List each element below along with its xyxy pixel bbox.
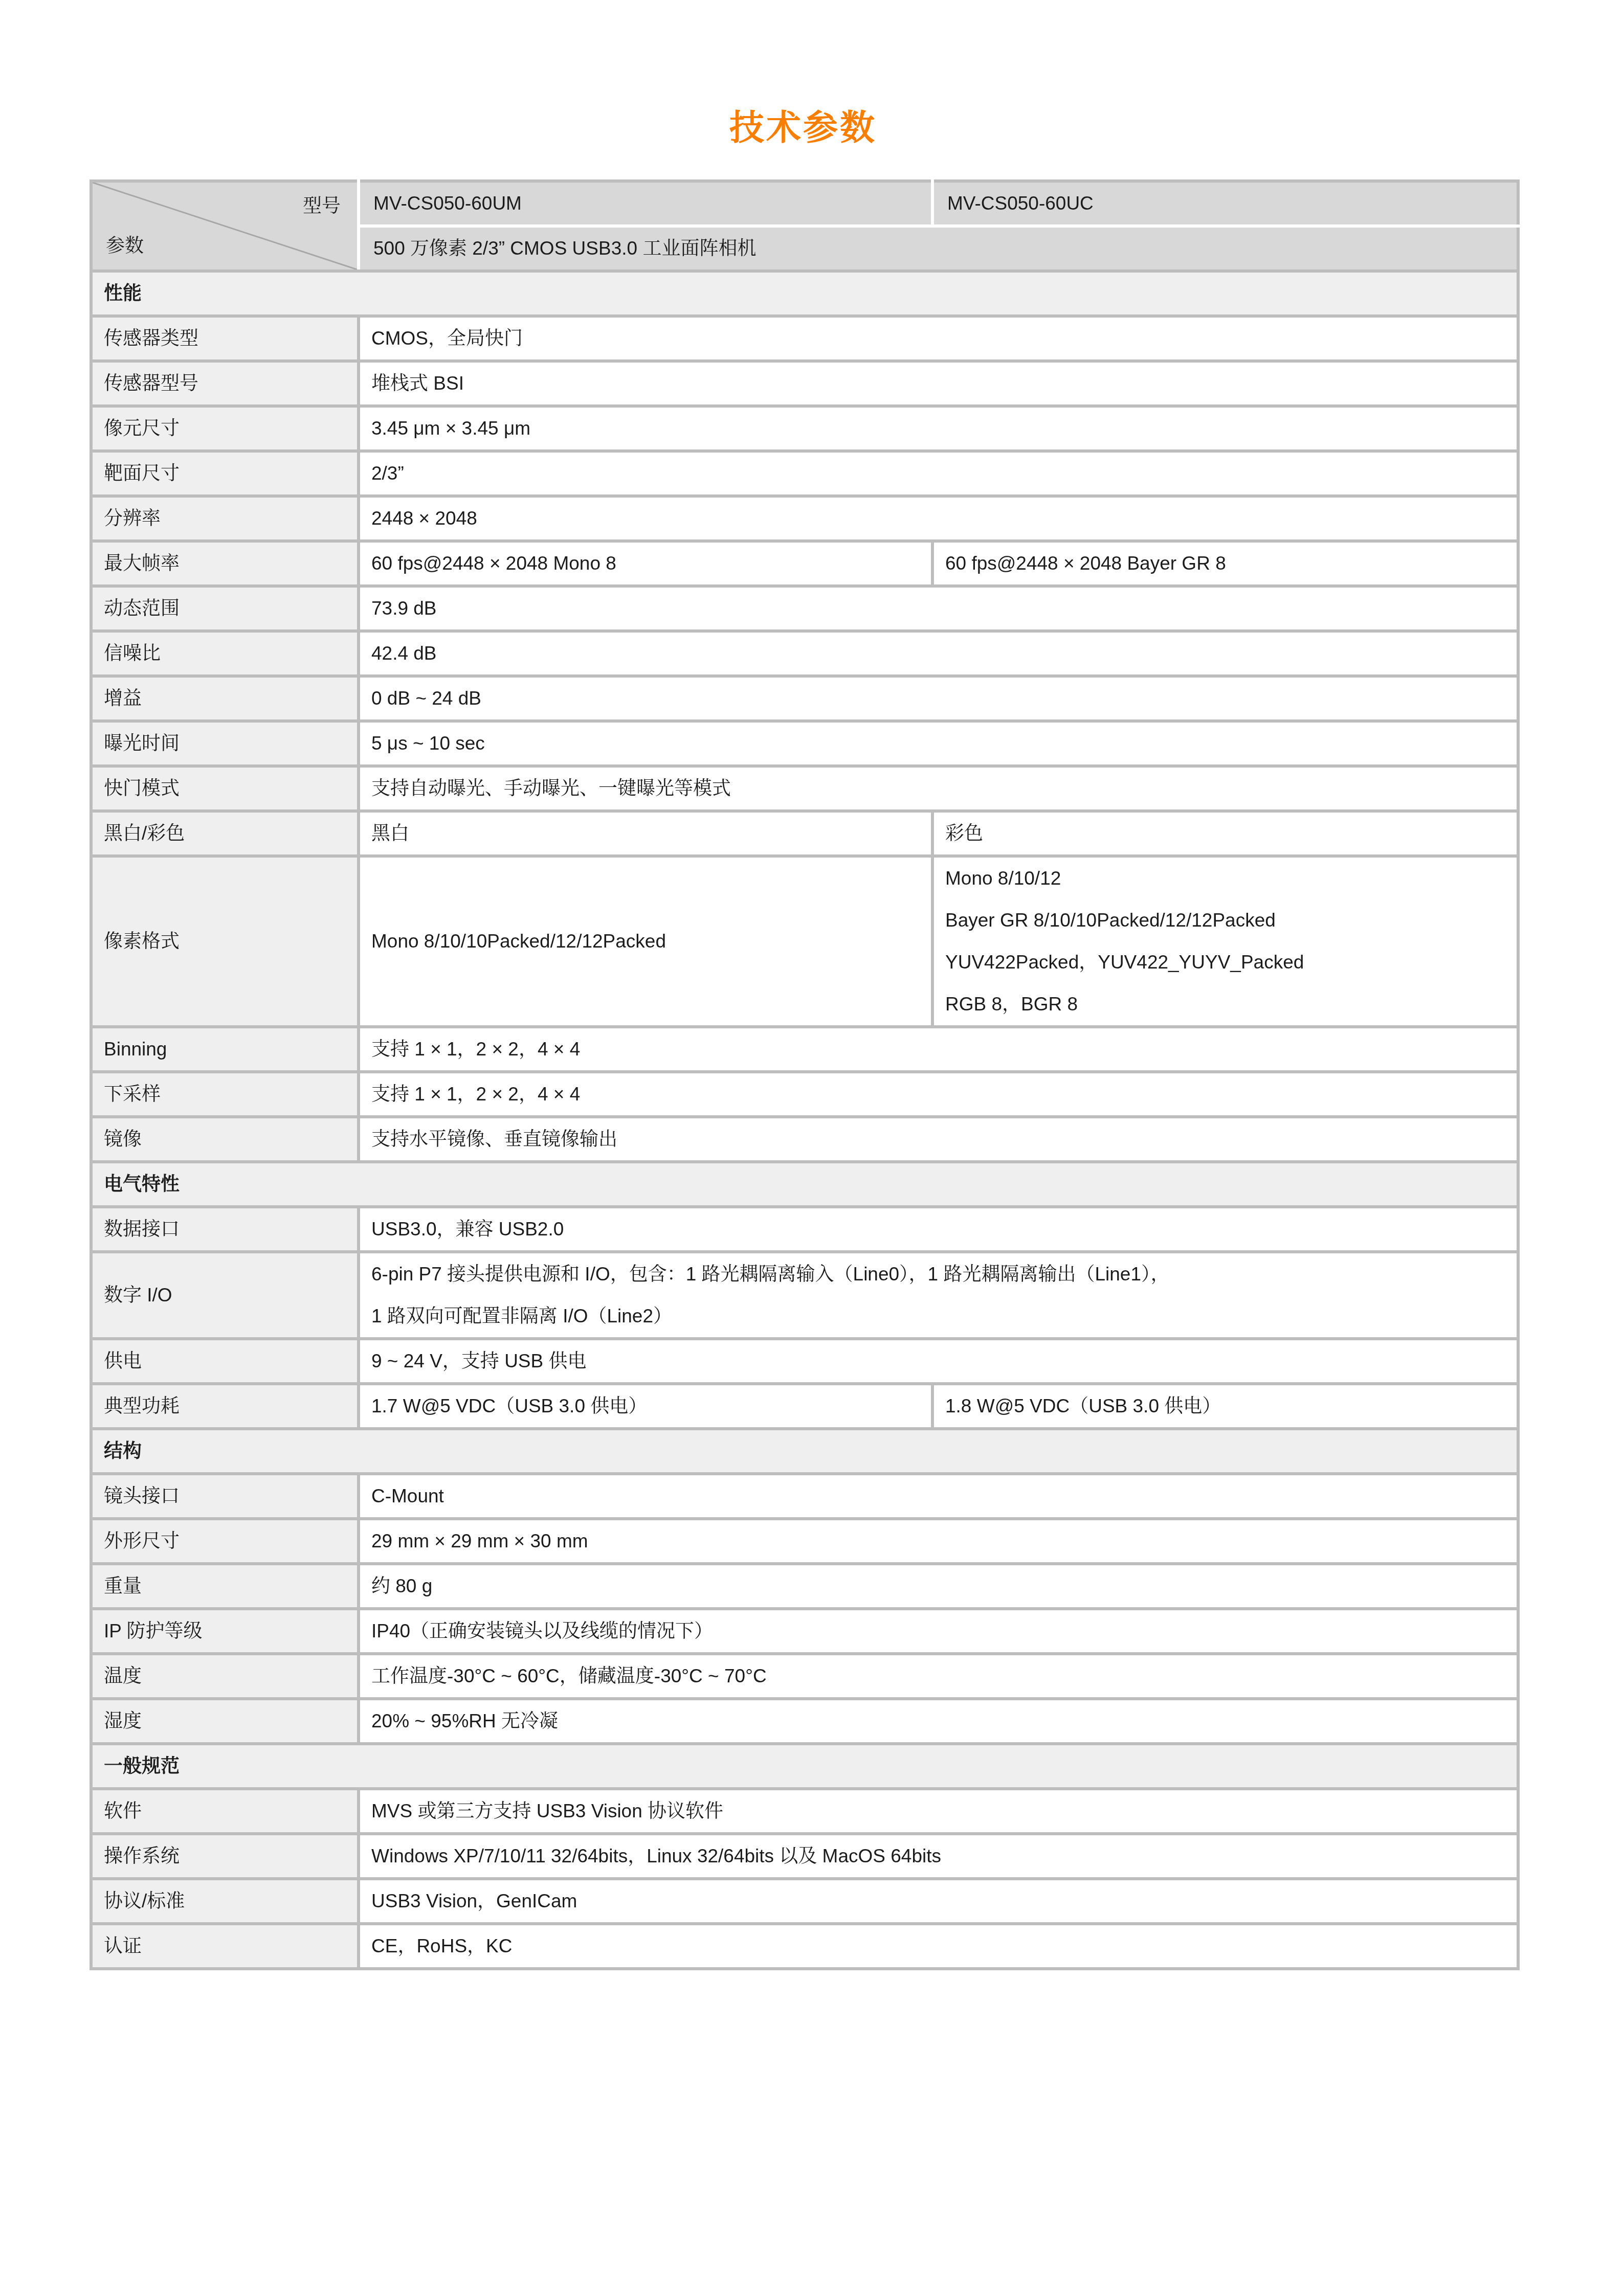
spec-value-mono: 60 fps@2448 × 2048 Mono 8 [359, 541, 932, 586]
spec-label: 外形尺寸 [91, 1519, 359, 1564]
spec-label: 动态范围 [91, 586, 359, 631]
matrix-header-cell: 型号 参数 [91, 181, 359, 271]
header-row-models: 型号 参数 MV-CS050-60UM MV-CS050-60UC [91, 181, 1518, 226]
spec-value: 29 mm × 29 mm × 30 mm [359, 1519, 1518, 1564]
spec-value-color: Mono 8/10/12 Bayer GR 8/10/10Packed/12/1… [932, 856, 1518, 1027]
spec-row: Binning支持 1 × 1，2 × 2，4 × 4 [91, 1027, 1518, 1072]
spec-row: 增益0 dB ~ 24 dB [91, 676, 1518, 721]
spec-value: 5 μs ~ 10 sec [359, 721, 1518, 766]
spec-row: 典型功耗1.7 W@5 VDC（USB 3.0 供电）1.8 W@5 VDC（U… [91, 1384, 1518, 1429]
spec-value-color: 彩色 [932, 811, 1518, 856]
param-axis-label: 参数 [106, 223, 144, 268]
spec-row: 湿度20% ~ 95%RH 无冷凝 [91, 1699, 1518, 1744]
spec-label: 软件 [91, 1789, 359, 1834]
spec-row: 数字 I/O6-pin P7 接头提供电源和 I/O，包含：1 路光耦隔离输入（… [91, 1252, 1518, 1339]
spec-value: Windows XP/7/10/11 32/64bits，Linux 32/64… [359, 1834, 1518, 1879]
spec-row: 曝光时间5 μs ~ 10 sec [91, 721, 1518, 766]
spec-label: IP 防护等级 [91, 1609, 359, 1654]
spec-value: IP40（正确安装镜头以及线缆的情况下） [359, 1609, 1518, 1654]
spec-value: 9 ~ 24 V，支持 USB 供电 [359, 1339, 1518, 1384]
spec-label: 操作系统 [91, 1834, 359, 1879]
model-name-uc: MV-CS050-60UC [932, 181, 1518, 226]
spec-row: 数据接口USB3.0，兼容 USB2.0 [91, 1207, 1518, 1252]
spec-row: 外形尺寸29 mm × 29 mm × 30 mm [91, 1519, 1518, 1564]
spec-row: 传感器类型CMOS，全局快门 [91, 316, 1518, 361]
spec-row: 传感器型号堆栈式 BSI [91, 361, 1518, 406]
spec-row: 动态范围73.9 dB [91, 586, 1518, 631]
spec-row: 靶面尺寸2/3” [91, 451, 1518, 496]
spec-row: 最大帧率60 fps@2448 × 2048 Mono 860 fps@2448… [91, 541, 1518, 586]
spec-value-mono: 1.7 W@5 VDC（USB 3.0 供电） [359, 1384, 932, 1429]
spec-label: 传感器型号 [91, 361, 359, 406]
spec-label: 数据接口 [91, 1207, 359, 1252]
spec-row: 供电9 ~ 24 V，支持 USB 供电 [91, 1339, 1518, 1384]
section-header: 性能 [91, 271, 1518, 316]
spec-value: CE，RoHS，KC [359, 1924, 1518, 1969]
spec-label: 镜头接口 [91, 1474, 359, 1519]
section-header: 结构 [91, 1429, 1518, 1474]
spec-value: C-Mount [359, 1474, 1518, 1519]
spec-value: 73.9 dB [359, 586, 1518, 631]
spec-value: USB3 Vision，GenICam [359, 1879, 1518, 1924]
spec-row: 分辨率2448 × 2048 [91, 496, 1518, 541]
spec-value: 约 80 g [359, 1564, 1518, 1609]
spec-label: 镜像 [91, 1117, 359, 1162]
spec-value: USB3.0，兼容 USB2.0 [359, 1207, 1518, 1252]
spec-value: 支持自动曝光、手动曝光、一键曝光等模式 [359, 766, 1518, 811]
section-row: 性能 [91, 271, 1518, 316]
model-axis-label: 型号 [303, 184, 341, 229]
spec-row: 像元尺寸3.45 μm × 3.45 μm [91, 406, 1518, 451]
spec-label: 数字 I/O [91, 1252, 359, 1339]
spec-value: 工作温度-30°C ~ 60°C，储藏温度-30°C ~ 70°C [359, 1654, 1518, 1699]
spec-value: 20% ~ 95%RH 无冷凝 [359, 1699, 1518, 1744]
section-row: 电气特性 [91, 1162, 1518, 1207]
spec-label: 认证 [91, 1924, 359, 1969]
spec-label: 下采样 [91, 1072, 359, 1117]
spec-label: 快门模式 [91, 766, 359, 811]
model-name-um: MV-CS050-60UM [359, 181, 932, 226]
spec-value-color: 60 fps@2448 × 2048 Bayer GR 8 [932, 541, 1518, 586]
datasheet-page: { "title": "技术参数", "colors": { "accent_o… [0, 0, 1624, 2296]
spec-label: 协议/标准 [91, 1879, 359, 1924]
spec-row: 下采样支持 1 × 1，2 × 2，4 × 4 [91, 1072, 1518, 1117]
spec-row: 重量约 80 g [91, 1564, 1518, 1609]
spec-row: IP 防护等级IP40（正确安装镜头以及线缆的情况下） [91, 1609, 1518, 1654]
spec-label: 曝光时间 [91, 721, 359, 766]
page-title: 技术参数 [90, 100, 1517, 150]
spec-label: 传感器类型 [91, 316, 359, 361]
spec-value-color: 1.8 W@5 VDC（USB 3.0 供电） [932, 1384, 1518, 1429]
spec-label: 最大帧率 [91, 541, 359, 586]
spec-value: 6-pin P7 接头提供电源和 I/O，包含：1 路光耦隔离输入（Line0）… [359, 1252, 1518, 1339]
spec-value: 堆栈式 BSI [359, 361, 1518, 406]
spec-table: 型号 参数 MV-CS050-60UM MV-CS050-60UC 500 万像… [90, 179, 1520, 1970]
section-row: 一般规范 [91, 1744, 1518, 1789]
spec-value: 0 dB ~ 24 dB [359, 676, 1518, 721]
section-header: 一般规范 [91, 1744, 1518, 1789]
spec-label: 重量 [91, 1564, 359, 1609]
spec-row: 认证CE，RoHS，KC [91, 1924, 1518, 1969]
spec-label: 增益 [91, 676, 359, 721]
spec-label: 温度 [91, 1654, 359, 1699]
spec-label: 供电 [91, 1339, 359, 1384]
section-row: 结构 [91, 1429, 1518, 1474]
spec-value: 2448 × 2048 [359, 496, 1518, 541]
spec-value: 2/3” [359, 451, 1518, 496]
spec-value: MVS 或第三方支持 USB3 Vision 协议软件 [359, 1789, 1518, 1834]
camera-description: 500 万像素 2/3” CMOS USB3.0 工业面阵相机 [359, 226, 1518, 271]
spec-label: 典型功耗 [91, 1384, 359, 1429]
section-header: 电气特性 [91, 1162, 1518, 1207]
spec-label: Binning [91, 1027, 359, 1072]
spec-value: CMOS，全局快门 [359, 316, 1518, 361]
spec-row: 操作系统Windows XP/7/10/11 32/64bits，Linux 3… [91, 1834, 1518, 1879]
spec-row: 协议/标准USB3 Vision，GenICam [91, 1879, 1518, 1924]
spec-value: 42.4 dB [359, 631, 1518, 676]
spec-row: 信噪比42.4 dB [91, 631, 1518, 676]
spec-value: 支持水平镜像、垂直镜像输出 [359, 1117, 1518, 1162]
spec-row: 黑白/彩色黑白彩色 [91, 811, 1518, 856]
spec-row: 像素格式Mono 8/10/10Packed/12/12PackedMono 8… [91, 856, 1518, 1027]
spec-label: 湿度 [91, 1699, 359, 1744]
spec-label: 像素格式 [91, 856, 359, 1027]
spec-label: 靶面尺寸 [91, 451, 359, 496]
spec-label: 分辨率 [91, 496, 359, 541]
spec-value: 3.45 μm × 3.45 μm [359, 406, 1518, 451]
spec-value-mono: 黑白 [359, 811, 932, 856]
spec-value-mono: Mono 8/10/10Packed/12/12Packed [359, 856, 932, 1027]
spec-value: 支持 1 × 1，2 × 2，4 × 4 [359, 1027, 1518, 1072]
spec-value: 支持 1 × 1，2 × 2，4 × 4 [359, 1072, 1518, 1117]
spec-row: 软件MVS 或第三方支持 USB3 Vision 协议软件 [91, 1789, 1518, 1834]
spec-row: 快门模式支持自动曝光、手动曝光、一键曝光等模式 [91, 766, 1518, 811]
spec-row: 温度工作温度-30°C ~ 60°C，储藏温度-30°C ~ 70°C [91, 1654, 1518, 1699]
spec-row: 镜头接口C-Mount [91, 1474, 1518, 1519]
spec-label: 像元尺寸 [91, 406, 359, 451]
spec-label: 信噪比 [91, 631, 359, 676]
spec-label: 黑白/彩色 [91, 811, 359, 856]
spec-row: 镜像支持水平镜像、垂直镜像输出 [91, 1117, 1518, 1162]
